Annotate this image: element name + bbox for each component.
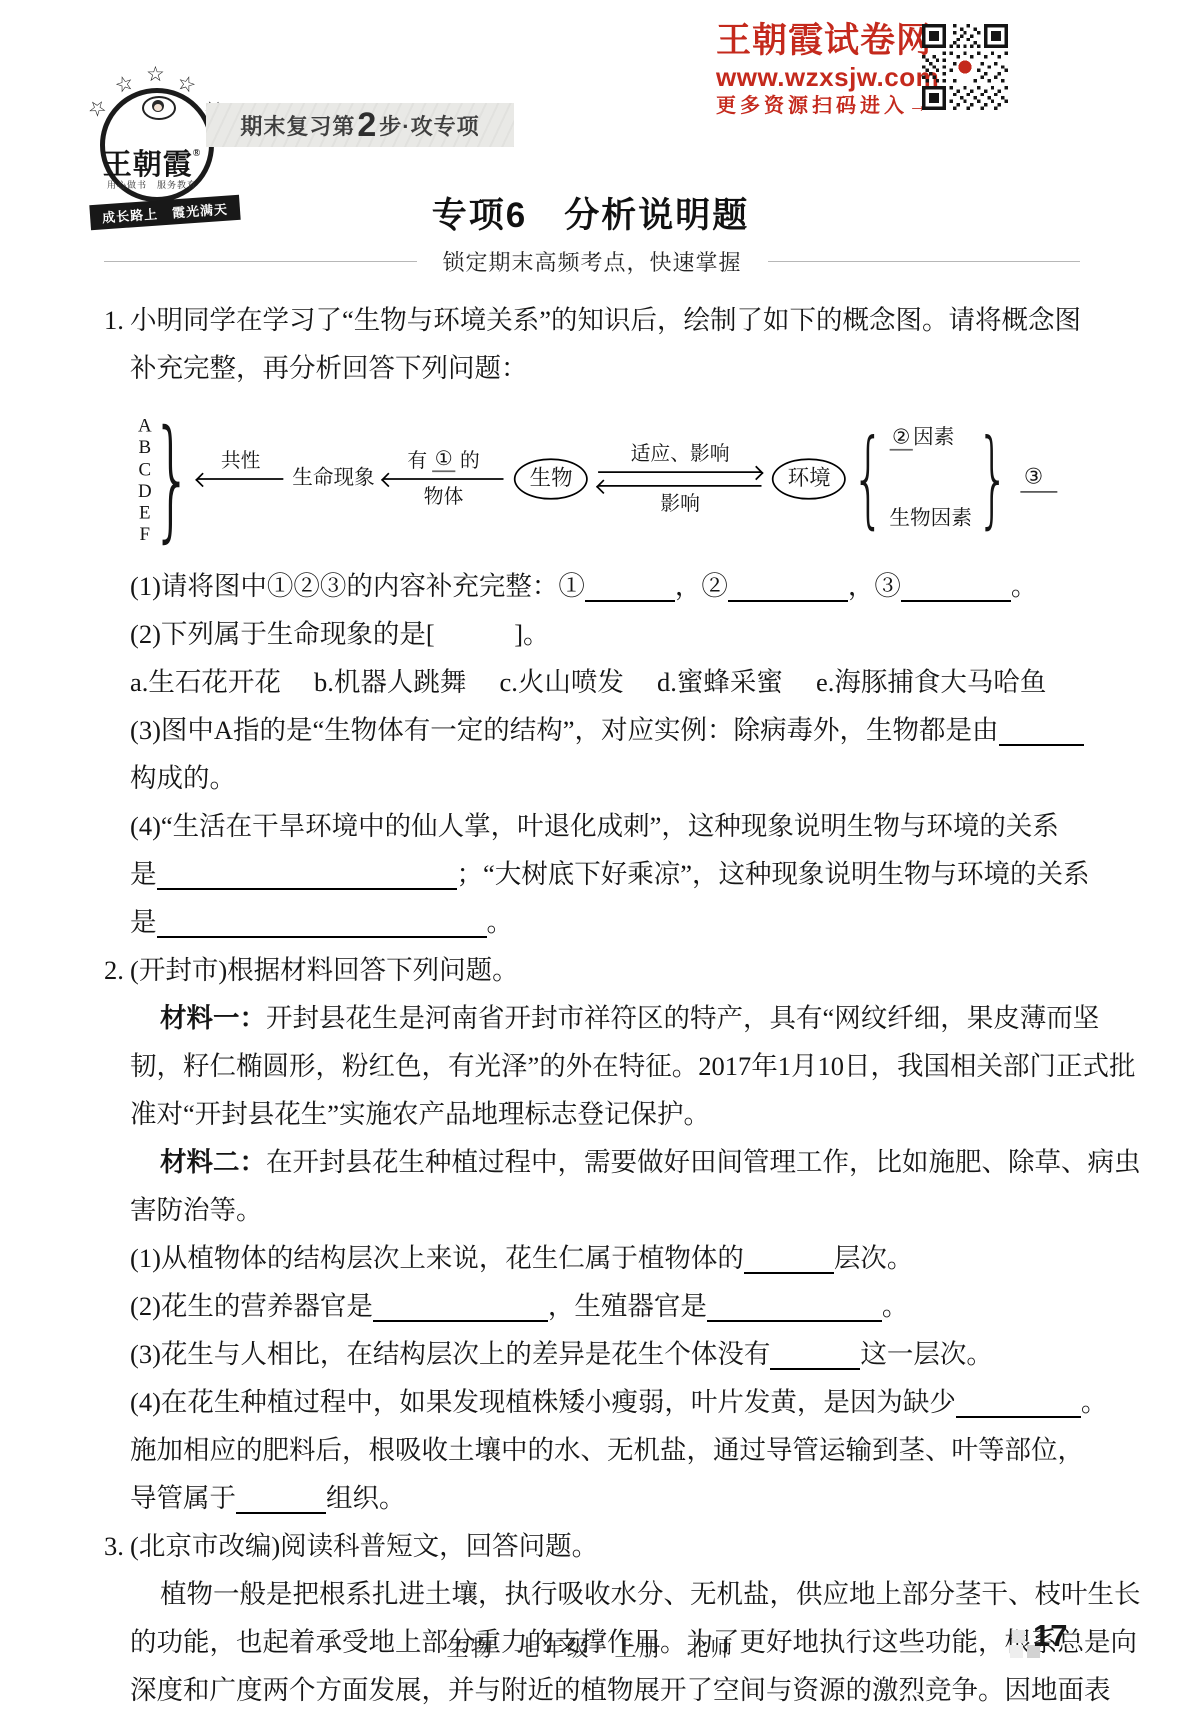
answer-blank [585, 568, 675, 602]
question-number: 3. [104, 1522, 130, 1570]
brace-right: } [976, 418, 1009, 539]
arrow-left [598, 485, 761, 487]
answer-blank [707, 1288, 882, 1322]
question-1-intro-line-1: 1.小明同学在学习了“生物与环境关系”的知识后，绘制了如下的概念图。请将概念图 [130, 296, 1104, 344]
qr-code-icon [922, 24, 1008, 110]
banner-step-number: 2 [357, 106, 377, 145]
question-1: 1.小明同学在学习了“生物与环境关系”的知识后，绘制了如下的概念图。请将概念图 … [104, 296, 1104, 946]
factor-biotic: 生物因素 [889, 508, 972, 532]
page-number: 17 [1012, 1618, 1067, 1654]
material-2-line-1: 材料二：在开封县花生种植过程中，需要做好田间管理工作，比如施肥、除草、病虫 [130, 1138, 1104, 1186]
question-1-intro-line-2: 补充完整，再分析回答下列问题： [130, 344, 1104, 392]
page-number-decoration [1012, 1630, 1025, 1643]
organism-node: 生物 [514, 458, 588, 500]
material-2-label: 材料二： [160, 1147, 266, 1177]
arrow-right [598, 471, 761, 473]
question-2-sub-4-cont-1: 施加相应的肥料后，根吸收土壤中的水、无机盐，通过导管运输到茎、叶等部位， [130, 1426, 1104, 1474]
answer-blank [373, 1288, 548, 1322]
arrow-adapt-influence: 适应、影响 影响 [598, 438, 761, 521]
question-2-sub-4-cont-2: 导管属于组织。 [130, 1474, 1104, 1522]
arrow-left [198, 478, 284, 480]
factor-stack: ②因素 生物因素 [886, 425, 975, 533]
answer-blank [901, 568, 1011, 602]
site-logo-block: 王朝霞试卷网 www.wzxsjw.com 更多资源扫码进入→ [716, 20, 939, 120]
life-phenomena-label: 生命现象 [292, 467, 375, 491]
arrow-label: 适应、影响 [631, 438, 730, 466]
answer-blank [956, 1384, 1081, 1418]
arrow-left [383, 478, 503, 480]
question-2-sub-1: (1)从植物体的结构层次上来说，花生仁属于植物体的层次。 [130, 1234, 1104, 1282]
page-number-value: 17 [1033, 1618, 1067, 1654]
question-2-sub-4: (4)在花生种植过程中，如果发现植株矮小瘦弱，叶片发黄，是因为缺少。 [130, 1378, 1104, 1426]
question-1-sub-4-cont-2: 是。 [130, 898, 1104, 946]
question-2-sub-3: (3)花生与人相比，在结构层次上的差异是花生个体没有这一层次。 [130, 1330, 1104, 1378]
arrow-label: 物体 [424, 486, 464, 514]
arrow-label: 共性 [221, 445, 261, 473]
question-1-sub-2: (2)下列属于生命现象的是[ ]。 [130, 610, 1104, 658]
question-1-sub-4-cont-1: 是；“大树底下好乘凉”，这种现象说明生物与环境的关系 [130, 850, 1104, 898]
brace-left: { [852, 418, 885, 539]
question-1-sub-3-cont: 构成的。 [130, 754, 1104, 802]
question-2-sub-2: (2)花生的营养器官是，生殖器官是。 [130, 1282, 1104, 1330]
banner-text-pre: 期末复习第 [240, 110, 355, 141]
answer-blank [728, 568, 848, 602]
banner-text-post: 步·攻专项 [379, 110, 479, 141]
subtitle-text: 锁定期末高频考点，快速掌握 [417, 246, 768, 277]
question-number: 1. [104, 296, 130, 344]
question-1-options: a.生石花开花 b.机器人跳舞 c.火山喷发 d.蜜蜂采蜜 e.海豚捕食大马哈鱼 [130, 658, 1104, 706]
page-subtitle: 锁定期末高频考点，快速掌握 [104, 246, 1080, 277]
star-icon: ☆ [146, 64, 165, 85]
material-1-line-3: 准对“开封县花生”实施农产品地理标志登记保护。 [130, 1090, 1104, 1138]
concept-diagram: A B C D E F } 共性 生命现象 有 ① 的 物体 生物 [138, 411, 969, 547]
question-1-sub-1: (1)请将图中①②③的内容补充完整：①，②，③。 [130, 562, 1104, 610]
site-tagline: 更多资源扫码进入→ [716, 93, 939, 120]
site-name: 王朝霞试卷网 [716, 20, 939, 62]
arrow-label: 影响 [660, 493, 700, 521]
answer-blank [999, 712, 1084, 746]
circled-3-blank: ③ [1020, 465, 1056, 493]
material-1-label: 材料一： [160, 1003, 266, 1033]
answer-blank [157, 856, 457, 890]
step-banner: 期末复习第 2 步·攻专项 [206, 103, 514, 147]
badge-title: 王朝霞® [100, 142, 204, 183]
arrow-common: 共性 [198, 445, 284, 514]
brace-right: } [152, 403, 193, 554]
question-3-body-line-1: 植物一般是把根系扎进土壤，执行吸收水分、无机盐，供应地上部分茎干、枝叶生长 [130, 1570, 1104, 1618]
material-1-line-1: 材料一：开封县花生是河南省开封市祥符区的特产，具有“网纹纤细，果皮薄而坚 [130, 994, 1104, 1042]
material-2-line-2: 害防治等。 [130, 1186, 1104, 1234]
arrow-label: 有 ① 的 [407, 445, 479, 473]
question-2: 2.(开封市)根据材料回答下列问题。 材料一：开封县花生是河南省开封市祥符区的特… [104, 946, 1104, 1522]
material-1-line-2: 韧，籽仁椭圆形，粉红色，有光泽”的外在特征。2017年1月10日，我国相关部门正… [130, 1042, 1104, 1090]
environment-node: 环境 [772, 458, 846, 500]
question-3-body-line-3: 深度和广度两个方面发展，并与附近的植物展开了空间与资源的激烈竞争。因地面表 [130, 1666, 1104, 1714]
question-3: 3.(北京市改编)阅读科普短文，回答问题。 植物一般是把根系扎进土壤，执行吸收水… [104, 1522, 1104, 1714]
arrow-object: 有 ① 的 物体 [383, 445, 503, 514]
portrait-icon [142, 96, 176, 120]
question-2-head: 2.(开封市)根据材料回答下列问题。 [130, 946, 1104, 994]
question-number: 2. [104, 946, 130, 994]
diagram-letter-list: A B C D E F [138, 415, 152, 544]
question-3-head: 3.(北京市改编)阅读科普短文，回答问题。 [130, 1522, 1104, 1570]
registered-mark: ® [193, 148, 201, 159]
footer-book-info: 生物 七年级 上册 北师 [0, 1632, 1181, 1663]
question-1-sub-4: (4)“生活在干旱环境中的仙人掌，叶退化成刺”，这种现象说明生物与环境的关系 [130, 802, 1104, 850]
answer-blank [744, 1240, 834, 1274]
site-url: www.wzxsjw.com [716, 62, 939, 93]
answer-blank [236, 1480, 326, 1514]
factor-abiotic: ②因素 [889, 427, 972, 451]
answer-blank [770, 1336, 860, 1370]
question-1-sub-3: (3)图中A指的是“生物体有一定的结构”，对应实例：除病毒外，生物都是由 [130, 706, 1104, 754]
worksheet-body: 1.小明同学在学习了“生物与环境关系”的知识后，绘制了如下的概念图。请将概念图 … [104, 296, 1104, 1714]
circled-1: ① [432, 448, 455, 472]
answer-blank [157, 904, 487, 938]
page-title: 专项6 分析说明题 [0, 188, 1181, 238]
circled-2: ② [889, 427, 913, 451]
